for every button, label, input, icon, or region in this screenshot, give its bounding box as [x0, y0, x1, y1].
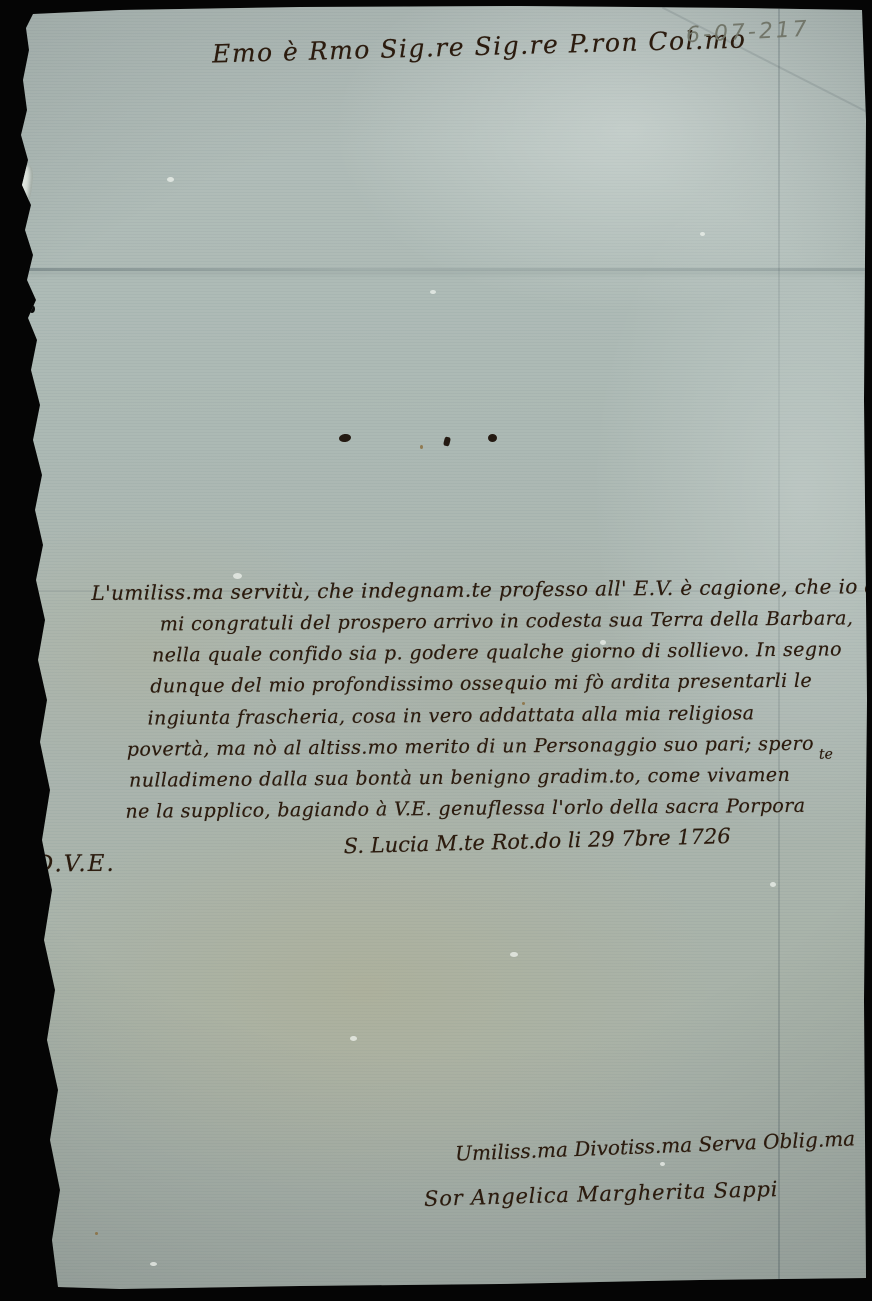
body-line: povertà, ma nò al altiss.mo merito di un… [127, 733, 814, 761]
letter-body: L'umiliss.ma servitù, che indegnam.te pr… [0, 0, 872, 1301]
body-line: ingiunta frascheria, cosa in vero addatt… [147, 702, 754, 729]
dateline: S. Lucia M.te Rot.do li 29 7bre 1726 [343, 824, 731, 858]
torn-edge-curl [24, 428, 32, 468]
body-line: dunque del mio profondissimo ossequio mi… [150, 670, 812, 698]
letter-paper: Emo è Rmo Sig.re Sig.re P.ron Col.mo 6-0… [0, 0, 872, 1301]
body-line: mi congratuli del prospero arrivo in cod… [160, 607, 854, 635]
addressee-abbreviation: D.V.E. [35, 851, 116, 878]
body-line: nulladimeno dalla sua bontà un benigno g… [129, 764, 790, 792]
body-line: ne la supplico, bagiando à V.E. genufles… [125, 795, 805, 823]
body-line: nella quale confido sia p. godere qualch… [152, 638, 842, 666]
worm-hole [28, 292, 33, 299]
photo-backdrop: Emo è Rmo Sig.re Sig.re P.ron Col.mo 6-0… [0, 0, 872, 1301]
body-line: L'umiliss.ma servitù, che indegnam.te pr… [91, 573, 872, 605]
interlinear-insert: te [819, 747, 833, 763]
